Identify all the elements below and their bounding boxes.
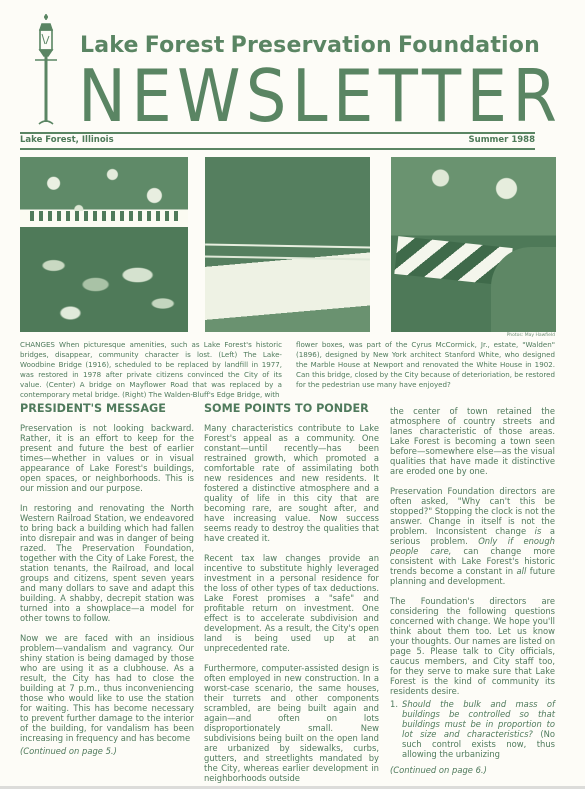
paragraph: Preservation is not looking backward. Ra… <box>20 423 194 493</box>
paragraph: Preservation Foundation directors are of… <box>390 486 555 586</box>
newsletter-title: NEWSLETTER <box>78 60 487 132</box>
street-lamp-icon <box>33 12 59 127</box>
photo-mayflower-bridge <box>205 157 370 332</box>
issue-date: Summer 1988 <box>469 135 535 145</box>
question-number: 1. <box>390 699 402 759</box>
continued-link[interactable]: (Continued on page 5.) <box>20 746 194 756</box>
paragraph: the center of town retained the atmosphe… <box>390 406 555 476</box>
shadow-graphic <box>20 237 188 332</box>
guardrail-graphic <box>205 244 370 261</box>
paragraph: The Foundation's directors are consideri… <box>390 596 555 696</box>
masthead-rule <box>20 132 535 134</box>
continued-link[interactable]: (Continued on page 6.) <box>390 765 555 775</box>
question-text: Should the bulk and mass of buildings be… <box>402 699 555 759</box>
masthead-rule <box>20 148 535 150</box>
paragraph: Many characteristics contribute to Lake … <box>204 423 379 543</box>
president-message-column: PRESIDENT'S MESSAGE Preservation is not … <box>20 403 194 766</box>
question-item: 1. Should the bulk and mass of buildings… <box>390 699 555 759</box>
points-to-ponder-continued-column: the center of town retained the atmosphe… <box>390 406 555 785</box>
paragraph: Furthermore, computer-assisted design is… <box>204 663 379 783</box>
photo-lake-woodbine-bridge <box>20 157 188 332</box>
paragraph: Now we are faced with an insidious probl… <box>20 633 194 743</box>
wall-graphic <box>491 247 556 332</box>
paragraph: Recent tax law changes provide an incent… <box>204 553 379 653</box>
section-heading: PRESIDENT'S MESSAGE <box>20 403 194 415</box>
points-to-ponder-column: SOME POINTS TO PONDER Many characteristi… <box>204 403 379 789</box>
balustrade-graphic <box>30 211 180 221</box>
paragraph: In restoring and renovating the North We… <box>20 503 194 623</box>
photo-credit: Photos: May Hawfield <box>507 333 555 338</box>
newsletter-page: Lake Forest Preservation Foundation NEWS… <box>0 0 585 786</box>
photo-caption-left: CHANGES When picturesque amenities, such… <box>20 340 282 400</box>
photo-walden-bridge <box>391 157 556 332</box>
location-label: Lake Forest, Illinois <box>20 135 114 145</box>
section-heading: SOME POINTS TO PONDER <box>204 403 379 415</box>
photo-caption-right: flower boxes, was part of the Cyrus McCo… <box>296 340 555 390</box>
